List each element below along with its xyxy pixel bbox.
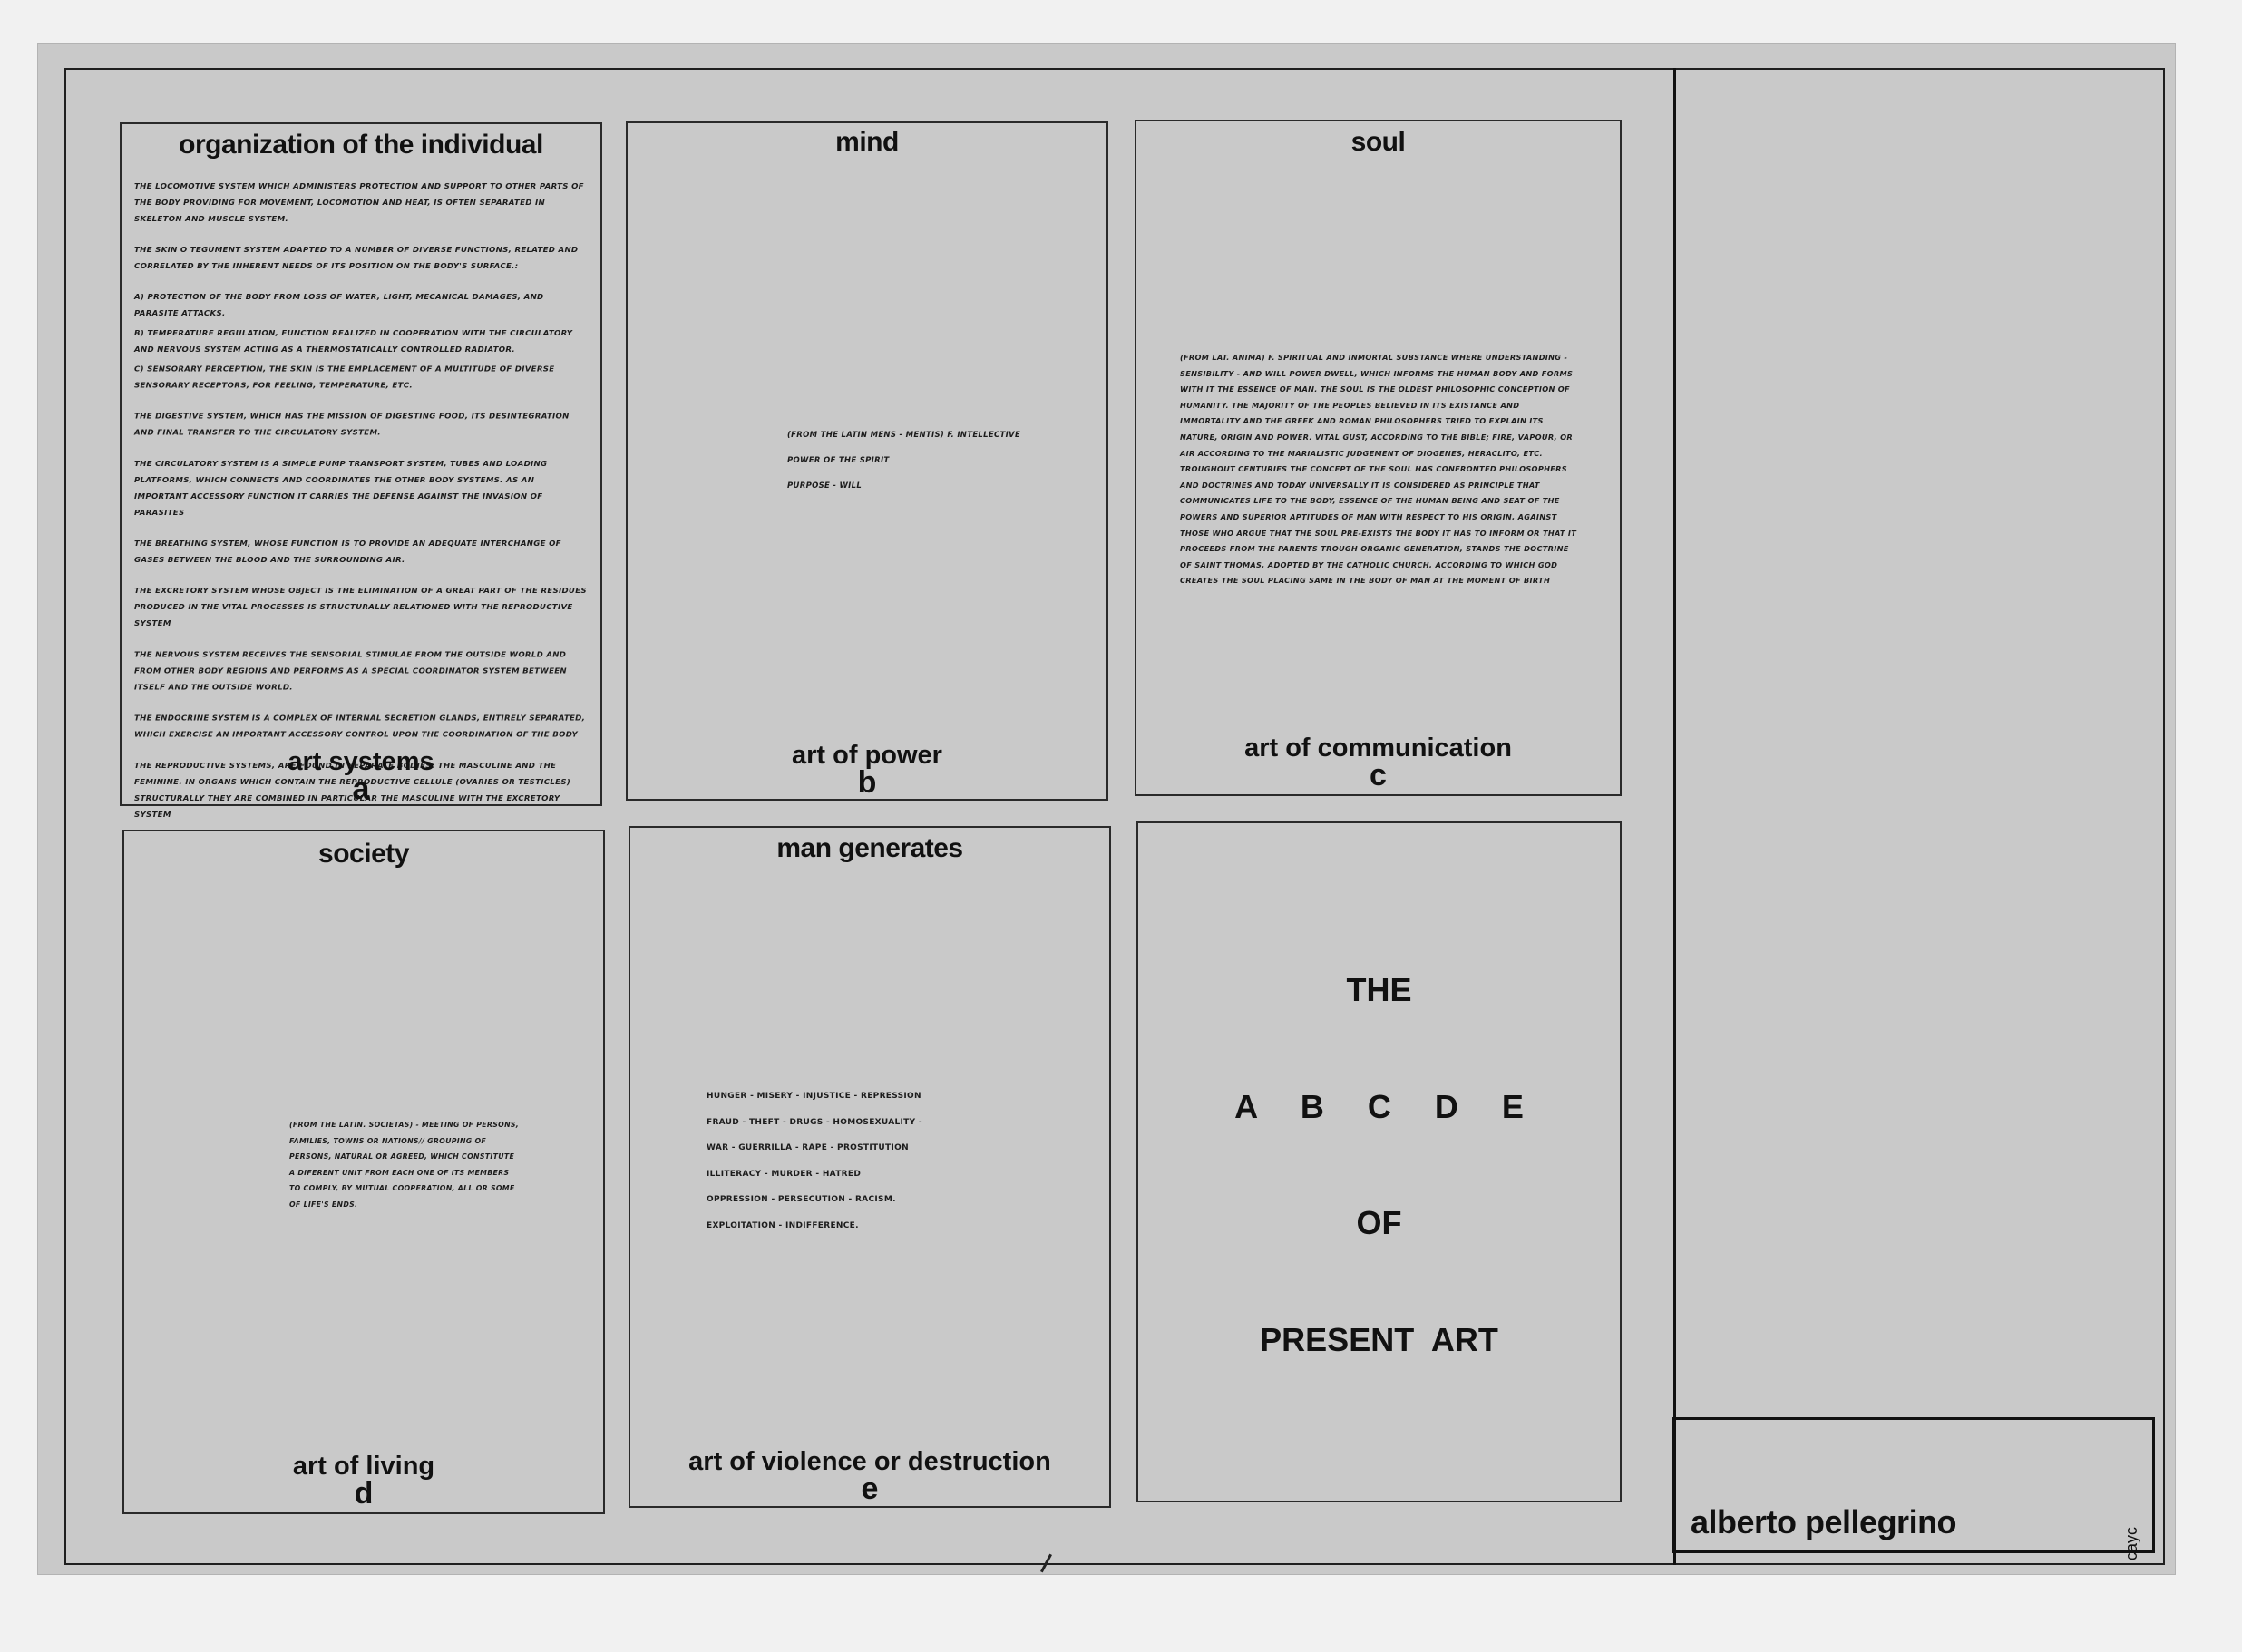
heading-present-art: PRESENT ART [1138,1321,1620,1359]
list-line: Fraud - theft - drugs - homosexuality - [707,1110,922,1136]
definition-line: (From the Latin mens - mentis) f. intell… [787,423,1020,448]
author-name: alberto pellegrino [1691,1503,1956,1541]
panel-title: society [124,839,603,870]
caption-letter: a [122,775,600,802]
panel-society: society (From the Latin. societas) - Mee… [122,830,605,1514]
panel-body-text: Hunger - misery - injustice - repression… [707,1084,922,1239]
panel-organization-of-the-individual: organization of the individual The locom… [120,122,602,806]
publisher-label: cayc [2122,1527,2141,1560]
caption-letter: b [628,769,1106,796]
panel-caption: art of power b [628,742,1106,796]
panel-body-text: (From the Latin mens - mentis) f. intell… [787,423,1020,499]
panel-caption: art of violence or destruction e [630,1448,1109,1502]
paragraph-endocrine: The endocrine system is a complex of int… [134,711,588,743]
panel-soul: soul (From Lat. anima) f. spiritual and … [1135,120,1622,796]
panel-title: mind [628,127,1106,158]
paragraph-nervous: The nervous system receives the sensoria… [134,647,588,696]
list-line: Hunger - misery - injustice - repression [707,1084,922,1110]
caption-letter: c [1136,762,1620,789]
list-line: Exploitation - indifference. [707,1213,922,1239]
panel-title: soul [1136,127,1620,158]
heading-the: THE [1138,971,1620,1009]
credit-block: alberto pellegrino cayc [1672,1417,2155,1553]
list-line: War - guerrilla - rape - prostitution [707,1135,922,1161]
paragraph-skin-b: B) Temperature regulation, function real… [134,326,588,358]
heading-of: OF [1138,1204,1620,1242]
paragraph-skin: The skin o tegument system adapted to a … [134,242,588,275]
panel-body-text: The locomotive system which administers … [134,179,588,838]
paragraph-excretory: The excretory system whose object is the… [134,583,588,632]
panel-man-generates: man generates Hunger - misery - injustic… [629,826,1111,1508]
definition-line: Purpose - will [787,473,1020,499]
paragraph-circulatory: The circulatory system is a simple pump … [134,456,588,521]
panel-caption: art of living d [124,1453,603,1507]
panel-caption: art systems a [122,748,600,802]
panel-mind: mind (From the Latin mens - mentis) f. i… [626,121,1108,801]
caption-letter: d [124,1480,603,1507]
panel-abcde-title: THE A B C D E OF PRESENT ART [1136,821,1622,1502]
column-divider [1673,68,1676,1565]
panel-body-text: (From the Latin. societas) - Meeting of … [289,1117,522,1213]
panel-caption: art of communication c [1136,734,1620,789]
caption-letter: e [630,1475,1109,1502]
paragraph-breathing: The breathing system, whose function is … [134,536,588,568]
heading-abcde: A B C D E [1138,1088,1620,1126]
paragraph-digestive: The digestive system, which has the miss… [134,409,588,442]
panel-title: man generates [630,833,1109,864]
definition-line: Power of the spirit [787,448,1020,473]
panel-title: organization of the individual [122,130,600,160]
list-line: Oppression - persecution - racism. [707,1187,922,1213]
paragraph-skin-a: A) Protection of the body from loss of w… [134,289,588,322]
paragraph-locomotive: The locomotive system which administers … [134,179,588,228]
list-line: Illiteracy - murder - hatred [707,1161,922,1188]
panel-body-text: (From Lat. anima) f. spiritual and inmor… [1180,350,1580,589]
paragraph-skin-c: C) Sensorary perception, the skin is the… [134,362,588,394]
